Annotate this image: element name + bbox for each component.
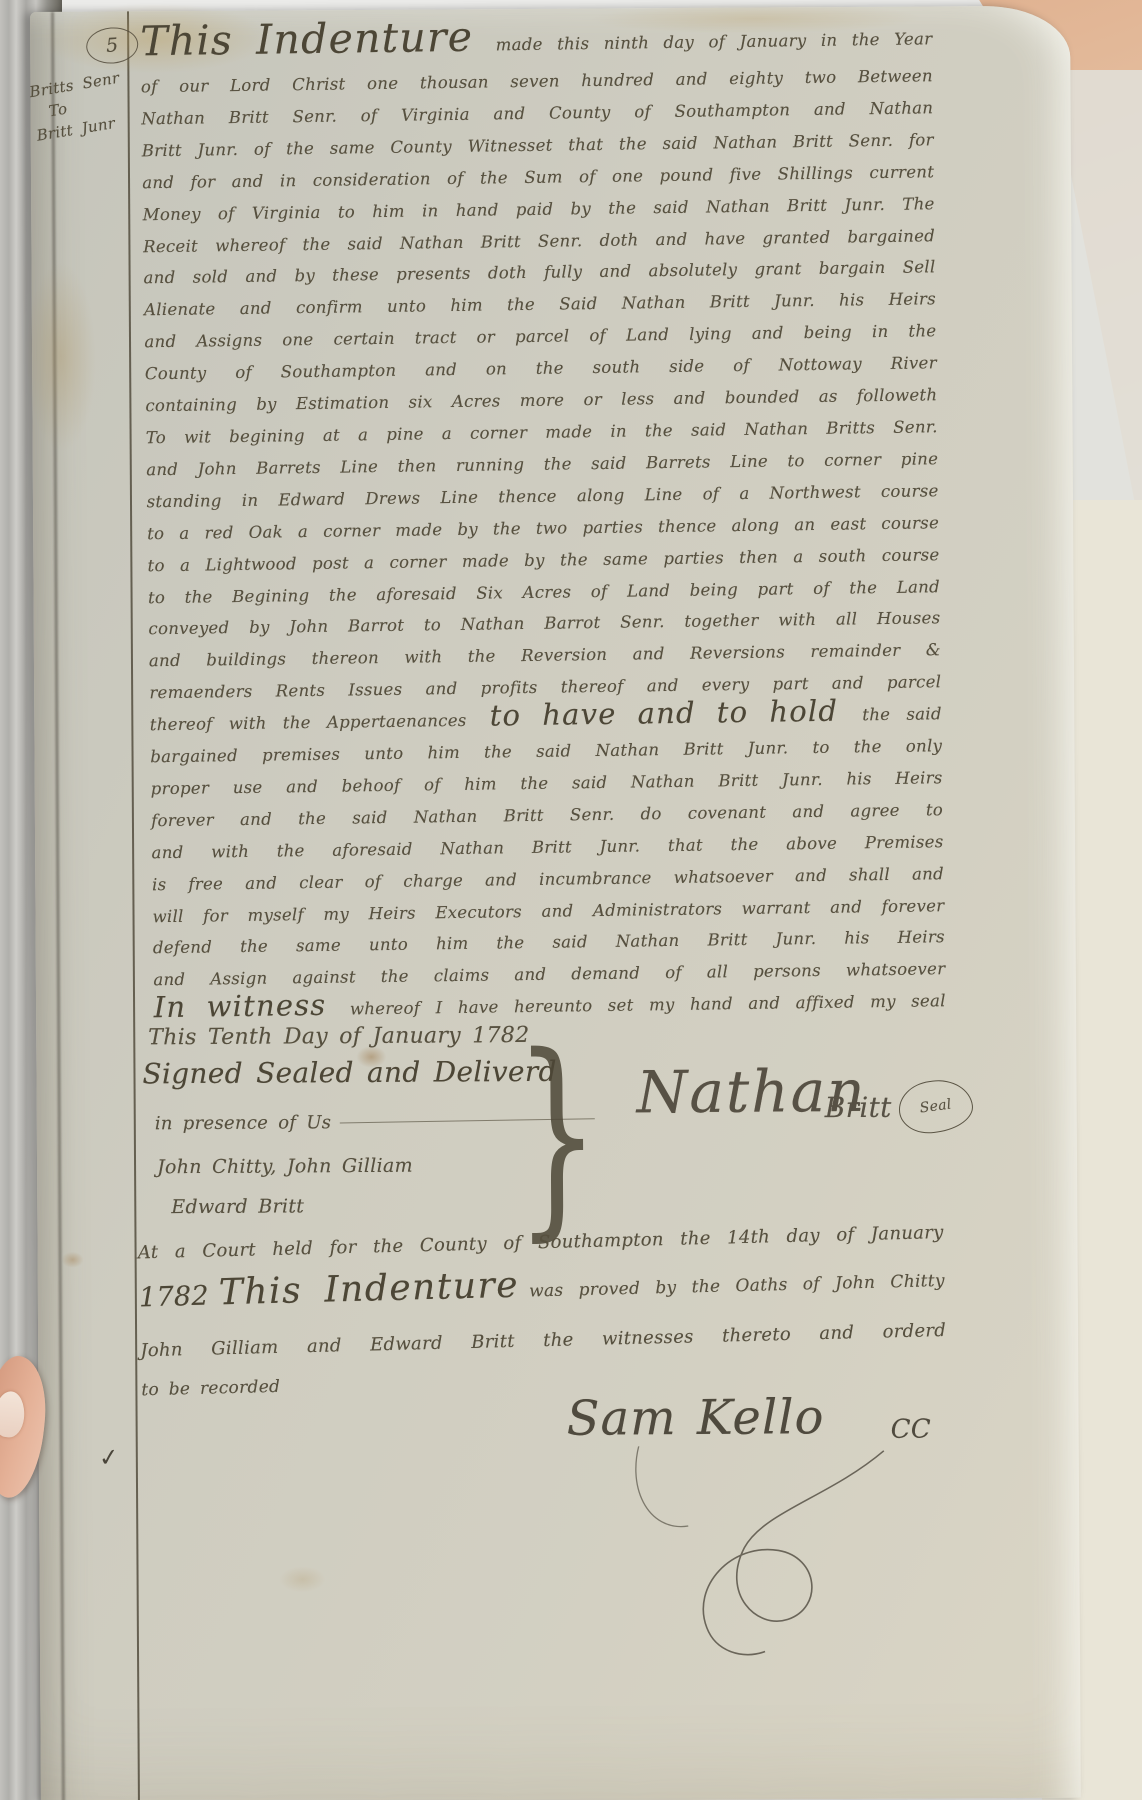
paper-stain [62,1252,84,1268]
witness-list: John Chitty, John GilliamEdward Britt [157,1146,413,1228]
deed-body-text: This Indenture made this ninth day of Ja… [140,18,946,1028]
witness-intro-text: in presence of Us [155,1112,332,1134]
margin-note: Britts SenrToBritt Junr [28,67,128,147]
signature-flourish-icon [584,1445,915,1671]
deed-line-pre: thereof with the Appertaenances [150,711,467,734]
deed-date-line: This Tenth Day of January 1782 [148,1023,529,1050]
court-line-text: was proved by the Oaths of John Chitty [529,1271,945,1302]
clerk-signature: Sam Kello [566,1389,824,1447]
deed-line-post: whereof I have hereunto set my hand and … [350,991,946,1018]
attestation-brace: } [514,1027,600,1243]
court-record: At a Court held for the County of Southa… [137,1217,947,1408]
thumbnail [0,1390,27,1439]
manuscript-page: 5 Britts SenrToBritt Junr This Indenture… [30,6,1081,1800]
deed-line-post: the said [862,704,942,724]
page-crease [51,12,65,1800]
deed-line-lead: This Indenture [140,13,474,66]
paper-stain [26,262,97,452]
court-year: 1782 [139,1281,210,1314]
grantor-signature-last-name: Britt [825,1091,892,1124]
deed-line-lead: to have and to hold [489,694,838,733]
clerk-title-abbreviation: CC [891,1415,932,1445]
deed-line-post: made this ninth day of January in the Ye… [496,29,933,54]
checkmark: ✓ [97,1443,120,1473]
page-number: 5 [85,26,140,66]
witness-name: John Chitty, John Gilliam [157,1146,413,1188]
deed-line-lead: In witness [154,988,327,1024]
court-indenture-heading: This Indenture [218,1265,519,1314]
margin-rule-line [127,11,139,1800]
wax-seal-scribble: Seal [896,1076,976,1137]
paper-stain [280,1566,326,1592]
witness-name: Edward Britt [171,1186,413,1227]
attestation-line: Signed Sealed and Deliverd [142,1055,556,1091]
